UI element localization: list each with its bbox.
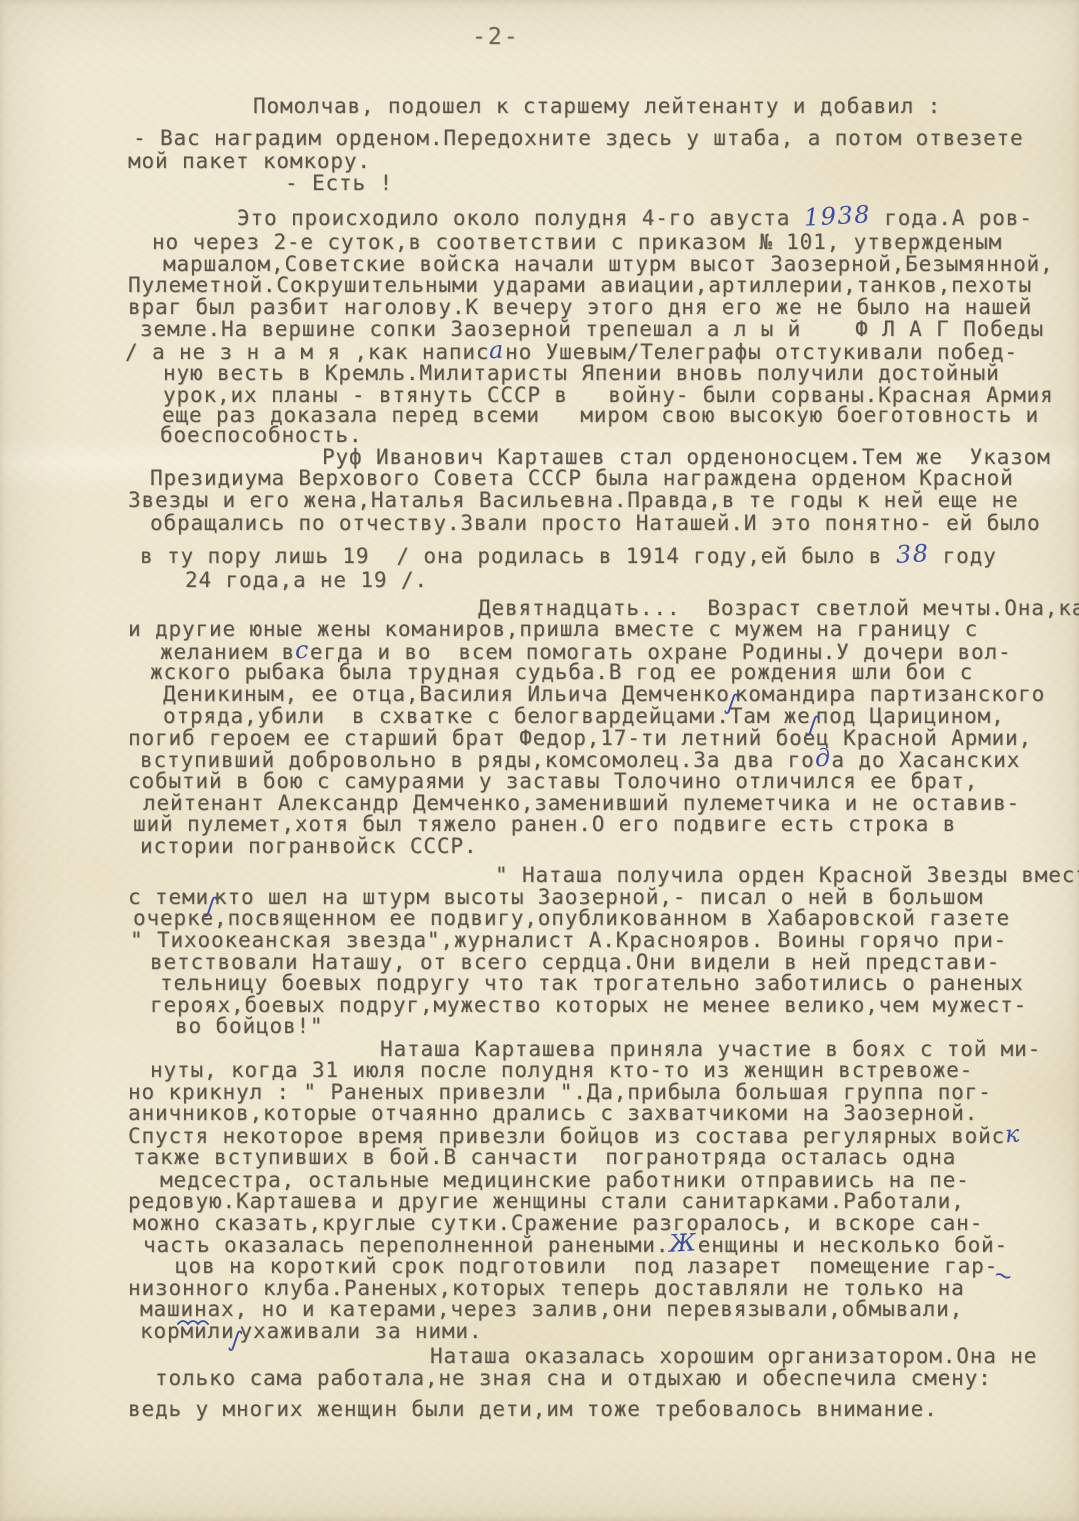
handwritten-correction: с — [294, 639, 310, 663]
wavy-underline — [178, 1318, 216, 1328]
typed-text: и другие юные жены команиров,пришла вмес… — [128, 617, 978, 641]
typed-text: мой пакет комкору. — [128, 149, 371, 173]
typed-text: года.А ров- — [871, 206, 1033, 230]
typed-line: земле.На вершине сопки Заозерной трепеша… — [140, 318, 1044, 341]
typed-text: также вступивших в бой.В санчасти погран… — [133, 1145, 956, 1169]
typed-text: ший пулемет,хотя был тяжело ранен.О его … — [133, 812, 956, 836]
typed-line: истории погранвойск СССР. — [140, 835, 477, 858]
typed-text: командира партизанского — [735, 682, 1045, 706]
typed-text: Президиума Верхового Совета СССР была на… — [150, 466, 1014, 490]
typed-line: ведь у многих женщин были дети,им тоже т… — [128, 1398, 938, 1421]
typed-line: обращались по отчеству.Звали просто Ната… — [150, 512, 1041, 535]
typed-line: ший пулемет,хотя был тяжело ранен.О его … — [133, 813, 956, 836]
handwritten-correction: д — [814, 747, 832, 771]
typed-text: цов на короткий срок подготовили под лаз… — [175, 1254, 998, 1278]
typed-line: событий в бою с самураями у заставы Толо… — [128, 770, 978, 793]
typed-line: машинах, но и катерами,через залив,они п… — [140, 1298, 963, 1321]
typed-line: отряда,убили в схватке с белогвардейцами… — [163, 705, 1005, 728]
typed-line: очерке,посвященном ее подвигу,опубликова… — [133, 907, 1010, 930]
typed-line: боеспособность. — [160, 424, 362, 447]
typed-text: в ту пору лишь 19 / она родилась в 1914 … — [140, 544, 896, 568]
typed-line: аничников,которые отчаянно дрались с зах… — [128, 1102, 978, 1125]
typed-line: нуты, когда 31 июля после полудня кто-то… — [150, 1059, 973, 1082]
typed-line: Помолчав, подошел к старшему лейтенанту … — [253, 95, 941, 118]
typed-line: ную весть в Кремль.Милитаристы Япении вн… — [163, 362, 1000, 385]
typed-line: Деникиным, ее отца,Василия Ильича Демчен… — [163, 683, 1045, 706]
typed-text: Пулеметной.Сокрушительными ударами авиац… — [128, 273, 1032, 297]
typed-text: " Тихоокеанская звезда",журналист А.Крас… — [130, 928, 1007, 952]
typed-text: нуты, когда 31 июля после полудня кто-то… — [150, 1058, 973, 1082]
typed-text: Помолчав, подошел к старшему лейтенанту … — [253, 94, 941, 118]
typed-line: также вступивших в бой.В санчасти погран… — [133, 1146, 956, 1169]
typed-text: машинах, но и катерами,через залив,они п… — [140, 1297, 963, 1321]
typed-text: ведь у многих женщин были дети,им тоже т… — [128, 1397, 938, 1421]
typed-line: погиб героем ее старший брат Федор,17-ти… — [128, 727, 1032, 750]
typed-text: ную весть в Кремль.Милитаристы Япении вн… — [163, 361, 1000, 385]
typed-line: 24 года,а не 19 /. — [185, 569, 428, 592]
typed-text: погиб героем ее старший брат Федор,17-ти… — [128, 726, 1032, 750]
typed-line: жского рыбака была трудная судьба.В год … — [150, 661, 973, 684]
typed-line: Президиума Верхового Совета СССР была на… — [150, 467, 1014, 490]
typed-line: " Наташа получила орден Красной Звезды в… — [495, 864, 1079, 887]
typed-text: земле.На вершине сопки Заозерной трепеша… — [140, 317, 1044, 341]
typed-text: враг был разбит наголову.К вечеру этого … — [128, 295, 1032, 319]
typed-line: в ту пору лишь 19 / она родилась в 1914 … — [140, 544, 997, 568]
typed-text: боеспособность. — [160, 423, 362, 447]
typed-line: - Вас наградим орденом.Передохните здесь… — [133, 127, 1024, 150]
typed-text: событий в бою с самураями у заставы Толо… — [128, 769, 978, 793]
typed-text: аничников,которые отчаянно дрались с зах… — [128, 1101, 978, 1125]
typed-text: - Вас наградим орденом.Передохните здесь… — [133, 126, 1024, 150]
typed-text: можно сказать,круглые сутки.Сражение раз… — [133, 1211, 983, 1235]
typed-text: редовую.Карташева и другие женщины стали… — [128, 1189, 965, 1213]
page-number: -2- — [472, 24, 520, 50]
typed-text: жского рыбака была трудная судьба.В год … — [150, 660, 973, 684]
typed-text: Наташа оказалась хорошим организатором.О… — [430, 1344, 1037, 1368]
typed-line: мой пакет комкору. — [128, 150, 371, 173]
handwritten-correction: к — [1004, 1123, 1021, 1147]
typed-line: - Есть ! — [285, 172, 393, 195]
typed-line: тельницу боевых подругу что так трогател… — [160, 972, 1024, 995]
handwritten-correction: Ж — [669, 1231, 699, 1255]
typed-line: Наташа оказалась хорошим организатором.О… — [430, 1345, 1037, 1368]
typed-text: - Есть ! — [285, 171, 393, 195]
typed-text: очерке,посвященном ее подвигу,опубликова… — [133, 906, 1010, 930]
typed-text: только сама работала,не зная сна и отдых… — [155, 1366, 992, 1390]
typed-text: Звезды и его жена,Наталья Васильевна.Пра… — [128, 488, 1019, 512]
typed-text: Это происходило около полудня 4-го авуст… — [237, 206, 804, 230]
typed-text: во бойцов!" — [175, 1014, 323, 1038]
typed-text: под Царицином, — [816, 704, 1005, 728]
typed-text: отряда,убили в схватке с белогвардейцами… — [163, 704, 811, 728]
handwritten-correction: а — [489, 339, 506, 363]
typed-line: цов на короткий срок подготовили под лаз… — [175, 1255, 1003, 1278]
typed-text: " Наташа получила орден Красной Звезды в… — [495, 863, 1079, 887]
typed-text: Деникиным, ее отца,Василия Ильича Демчен… — [163, 682, 730, 706]
typed-line: во бойцов!" — [175, 1015, 323, 1038]
scanned-document-page: -2- Помолчав, подошел к старшему лейтена… — [0, 0, 1079, 1521]
typed-line: враг был разбит наголову.К вечеру этого … — [128, 296, 1032, 319]
typed-line: Пулеметной.Сокрушительными ударами авиац… — [128, 274, 1032, 297]
handwritten-correction: 1938 — [803, 203, 871, 229]
typed-text: обращались по отчеству.Звали просто Ната… — [150, 511, 1041, 535]
typed-line: " Тихоокеанская звезда",журналист А.Крас… — [130, 929, 1007, 952]
typed-text: истории погранвойск СССР. — [140, 834, 477, 858]
handwritten-correction: 38 — [895, 542, 930, 567]
typed-line: редовую.Карташева и другие женщины стали… — [128, 1190, 965, 1213]
typed-text: ухаживали за ними. — [239, 1319, 482, 1343]
typed-line: только сама работала,не зная сна и отдых… — [155, 1367, 992, 1390]
typed-text: тельницу боевых подругу что так трогател… — [160, 971, 1024, 995]
typed-line: Звезды и его жена,Наталья Васильевна.Пра… — [128, 489, 1019, 512]
typed-line: но через 2-е суток,в соответствии с прик… — [152, 231, 1002, 254]
typed-line: Это происходило около полудня 4-го авуст… — [237, 206, 1033, 230]
typed-line: можно сказать,круглые сутки.Сражение раз… — [133, 1212, 983, 1235]
typed-line: и другие юные жены команиров,пришла вмес… — [128, 618, 978, 641]
typed-text: 24 года,а не 19 /. — [185, 568, 428, 592]
typed-text: году — [929, 544, 996, 568]
typed-text: но через 2-е суток,в соответствии с прик… — [152, 230, 1002, 254]
